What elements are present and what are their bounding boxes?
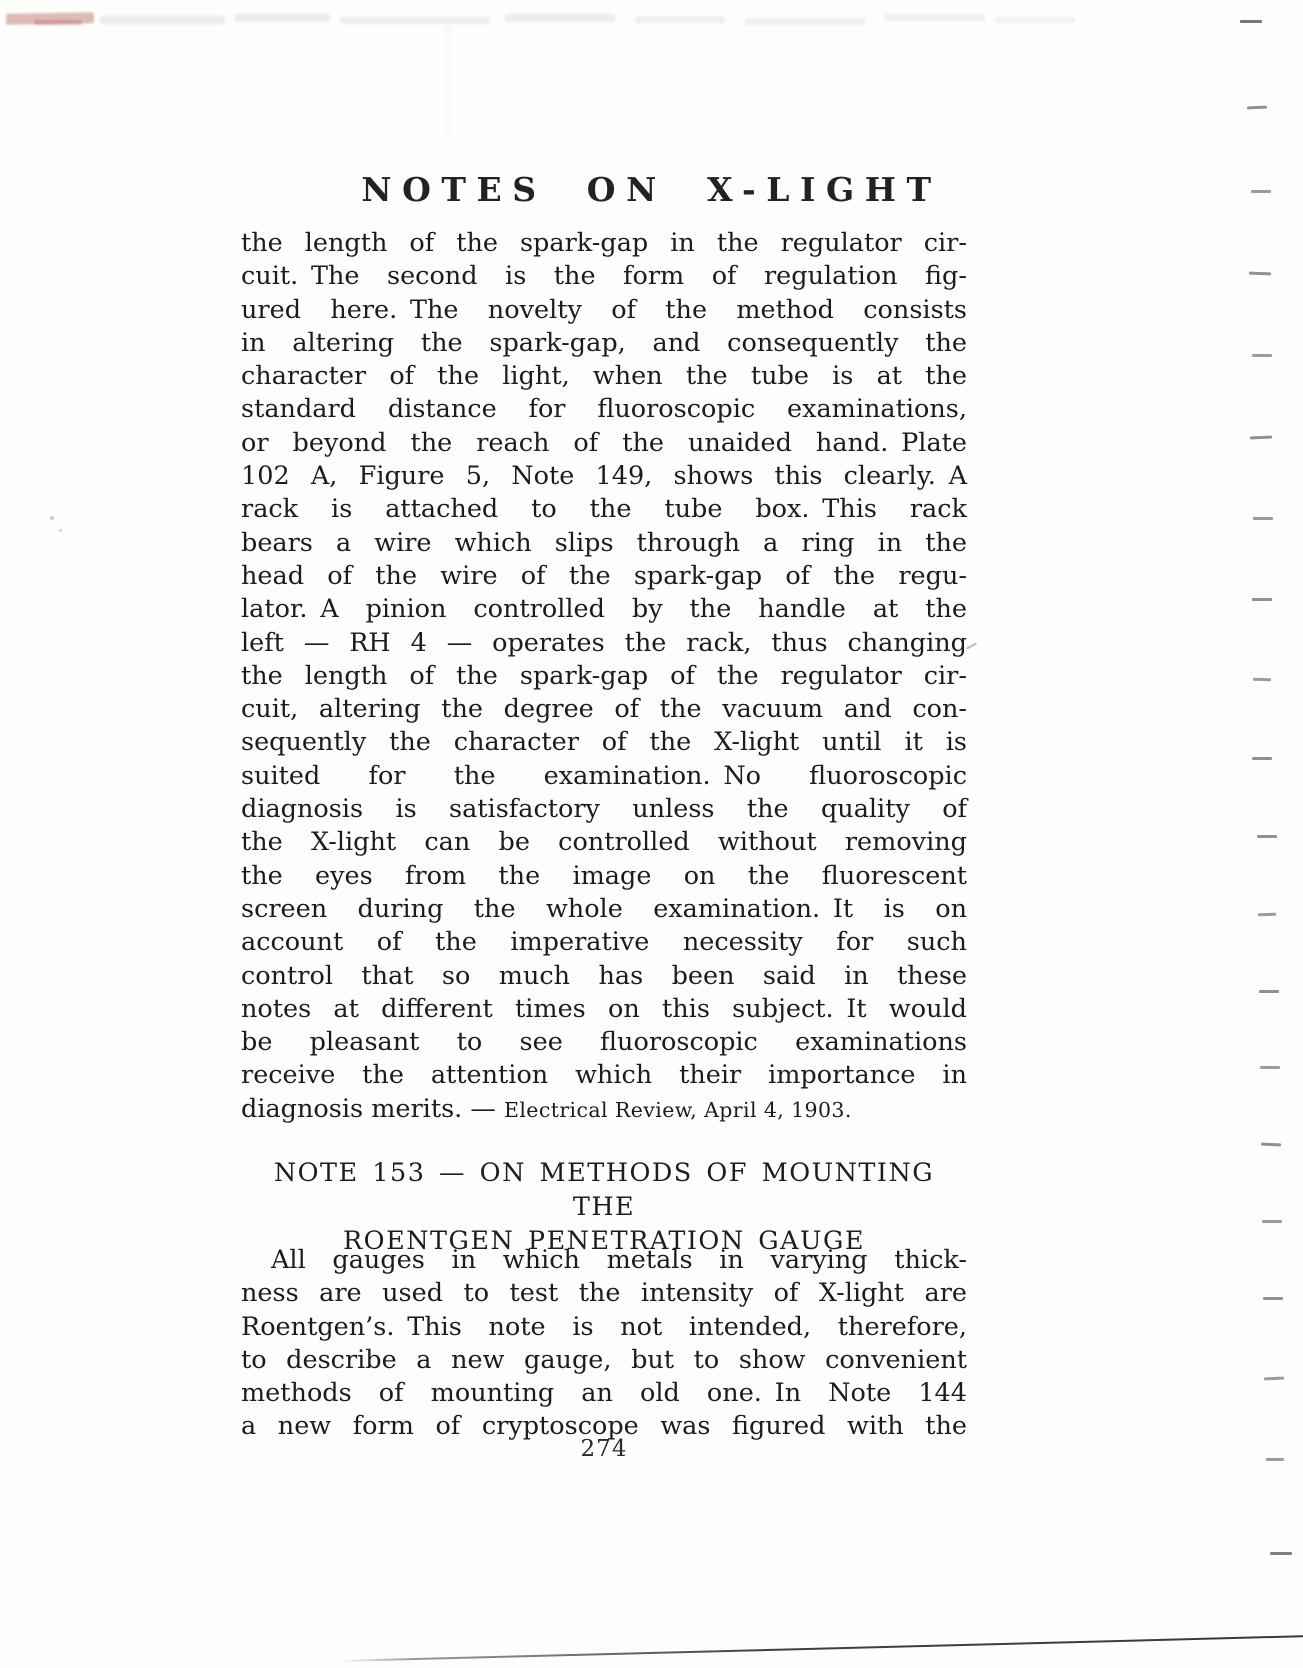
scan-artifact-red-mark — [34, 20, 82, 25]
paragraph1-line: cuit. The second is the form of regulati… — [241, 260, 967, 293]
page-title: NOTES ON X-LIGHT — [0, 170, 1303, 209]
scan-artifact-smudge — [995, 17, 1075, 23]
scan-artifact-smudge — [885, 14, 985, 21]
paragraph2-line: All gauges in which metals in varying th… — [241, 1244, 967, 1277]
scan-artifact-dash — [1240, 20, 1262, 23]
scan-artifact-dash — [1252, 598, 1272, 601]
closing-text: diagnosis merits. — — [241, 1094, 504, 1124]
scan-artifact-speck — [50, 516, 54, 520]
paragraph1-line: the length of the spark-gap of the regul… — [241, 660, 967, 693]
scan-artifact-dash — [1249, 272, 1271, 276]
paragraph1-line: rack is attached to the tube box. This r… — [241, 493, 967, 526]
paragraph1-closing-line: diagnosis merits. — Electrical Review, A… — [241, 1093, 967, 1126]
paragraph1-line: control that so much has been said in th… — [241, 960, 967, 993]
scan-artifact-smudge — [635, 16, 725, 23]
paragraph1-line: head of the wire of the spark-gap of the… — [241, 560, 967, 593]
paragraph1-line: receive the attention which their import… — [241, 1059, 967, 1092]
scan-artifact-red-mark — [6, 12, 94, 25]
paragraph1-line: sequently the character of the X-light u… — [241, 726, 967, 759]
paragraph1-line: screen during the whole examination. It … — [241, 893, 967, 926]
scan-artifact-smudge — [340, 17, 490, 24]
scan-artifact-dash — [1259, 990, 1279, 993]
paragraph1-line: in altering the spark-gap, and consequen… — [241, 327, 967, 360]
scan-artifact-smudge — [745, 18, 865, 25]
paragraph2-line: Roentgen’s. This note is not intended, t… — [241, 1311, 967, 1344]
paragraph-1: the length of the spark-gap in the regul… — [241, 227, 967, 1126]
scan-artifact-dash — [1270, 1552, 1292, 1555]
paragraph2-line: ness are used to test the intensity of X… — [241, 1277, 967, 1310]
source-attribution: Electrical Review, April 4, 1903. — [504, 1098, 852, 1122]
scan-artifact-dash — [1266, 1458, 1284, 1461]
paragraph1-line: the length of the spark-gap in the regul… — [241, 227, 967, 260]
scan-artifact-dash — [1264, 1377, 1284, 1381]
page-number: 274 — [241, 1436, 967, 1462]
paragraph1-line: character of the light, when the tube is… — [241, 360, 967, 393]
paragraph1-line: standard distance for fluoroscopic exami… — [241, 393, 967, 426]
scan-artifact-smudge — [447, 26, 449, 136]
paragraph1-line: the X-light can be controlled without re… — [241, 826, 967, 859]
paragraph1-line: cuit, altering the degree of the vacuum … — [241, 693, 967, 726]
paragraph2-line: to describe a new gauge, but to show con… — [241, 1344, 967, 1377]
paragraph1-line: ured here. The novelty of the method con… — [241, 294, 967, 327]
paragraph1-line: or beyond the reach of the unaided hand.… — [241, 427, 967, 460]
paragraph1-line: 102 A, Figure 5, Note 149, shows this cl… — [241, 460, 967, 493]
scan-artifact-dash — [1257, 835, 1277, 838]
paragraph1-line: lator. A pinion controlled by the handle… — [241, 593, 967, 626]
note-heading: NOTE 153 — ON METHODS OF MOUNTING THE RO… — [241, 1156, 967, 1258]
scan-artifact-speck — [59, 529, 62, 532]
paragraph1-line: left — RH 4 — operates the rack, thus ch… — [241, 627, 967, 660]
scan-artifact-dash — [1263, 1297, 1283, 1300]
paragraph1-line: the eyes from the image on the fluoresce… — [241, 860, 967, 893]
paragraph-2: All gauges in which metals in varying th… — [241, 1244, 967, 1444]
paragraph1-line: notes at different times on this subject… — [241, 993, 967, 1026]
paragraph1-line: account of the imperative necessity for … — [241, 926, 967, 959]
scan-artifact-dash — [1253, 517, 1273, 520]
paragraph1-line: bears a wire which slips through a ring … — [241, 527, 967, 560]
paragraph1-line: suited for the examination. No fluorosco… — [241, 760, 967, 793]
scan-artifact-dash — [1260, 1066, 1280, 1069]
note-heading-line1: NOTE 153 — ON METHODS OF MOUNTING THE — [241, 1156, 967, 1224]
scan-artifact-dash — [1250, 436, 1272, 440]
scan-artifact-dash — [1252, 354, 1272, 357]
scan-artifact-dash — [1253, 678, 1271, 682]
paragraph2-line: methods of mounting an old one. In Note … — [241, 1377, 967, 1410]
paragraph1-line: be pleasant to see fluoroscopic examinat… — [241, 1026, 967, 1059]
scan-artifact-diagonal-line — [338, 1635, 1303, 1662]
scan-artifact-smudge — [505, 14, 615, 22]
scan-artifact-dash — [1252, 757, 1272, 760]
scanned-book-page: NOTES ON X-LIGHT the length of the spark… — [0, 0, 1303, 1668]
scan-artifact-smudge — [100, 16, 225, 24]
scan-artifact-dash — [1258, 913, 1276, 917]
paragraph1-line: diagnosis is satisfactory unless the qua… — [241, 793, 967, 826]
scan-artifact-dash — [1261, 1143, 1281, 1147]
scan-artifact-smudge — [235, 14, 330, 22]
scan-artifact-dash — [1247, 106, 1267, 110]
scan-artifact-stray-mark — [966, 643, 977, 650]
scan-artifact-dash — [1262, 1220, 1282, 1223]
